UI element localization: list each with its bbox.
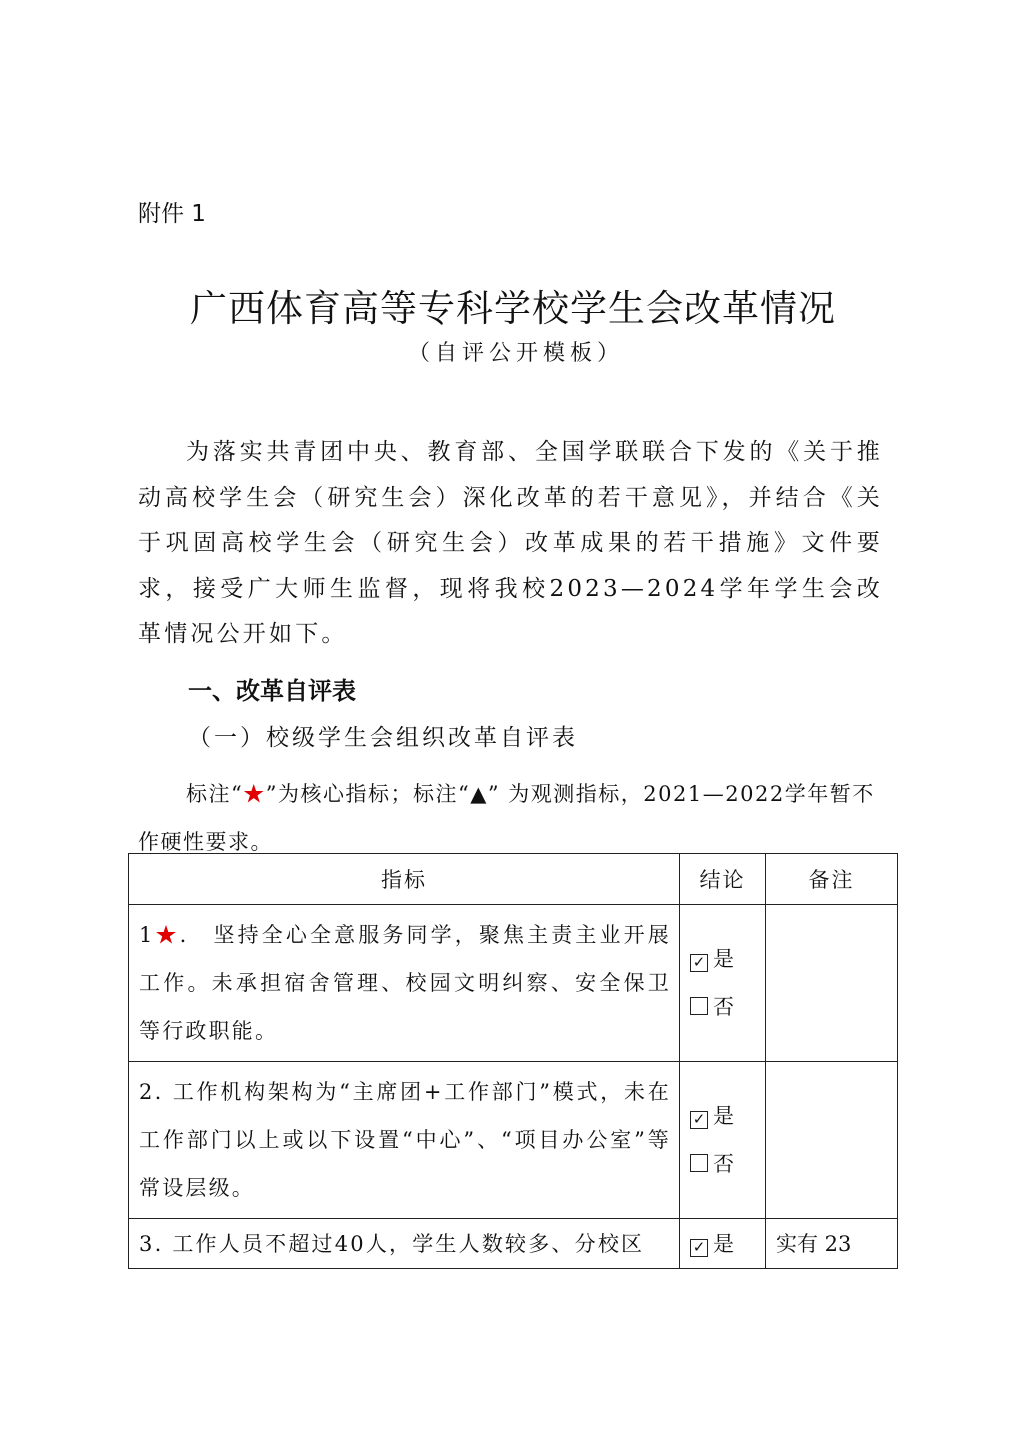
remark-cell bbox=[766, 1062, 898, 1219]
legend-note: 标注“★”为核心指标；标注“▲” 为观测指标，2021—2022学年暂不作硬性要… bbox=[138, 770, 883, 866]
yes-option[interactable]: ✓是 bbox=[690, 935, 764, 983]
attachment-label: 附件 1 bbox=[138, 195, 206, 228]
self-evaluation-table: 指标 结论 备注 1★. 坚持全心全意服务同学，聚焦主责主业开展工作。未承担宿舍… bbox=[128, 853, 898, 1269]
column-header-remark: 备注 bbox=[766, 854, 898, 905]
observe-triangle-icon: ▲ bbox=[470, 782, 488, 806]
column-header-indicator: 指标 bbox=[129, 854, 680, 905]
indicator-cell: 3. 工作人员不超过40人，学生人数较多、分校区 bbox=[129, 1219, 680, 1269]
checkbox-checked-icon[interactable]: ✓ bbox=[690, 954, 708, 972]
subsection-heading: （一）校级学生会组织改革自评表 bbox=[188, 719, 578, 752]
table-row: 3. 工作人员不超过40人，学生人数较多、分校区 ✓是 实有 23 bbox=[129, 1219, 898, 1269]
document-subtitle: （自评公开模板） bbox=[408, 336, 624, 367]
table-row: 2. 工作机构架构为“主席团+工作部门”模式，未在工作部门以上或以下设置“中心”… bbox=[129, 1062, 898, 1219]
core-star-icon: ★ bbox=[243, 782, 266, 806]
yes-option[interactable]: ✓是 bbox=[690, 1092, 764, 1140]
indicator-cell: 1★. 坚持全心全意服务同学，聚焦主责主业开展工作。未承担宿舍管理、校园文明纠察… bbox=[129, 905, 680, 1062]
checkbox-checked-icon[interactable]: ✓ bbox=[690, 1239, 708, 1257]
conclusion-cell: ✓是 bbox=[680, 1219, 766, 1269]
conclusion-cell: ✓是 否 bbox=[680, 905, 766, 1062]
table-row: 1★. 坚持全心全意服务同学，聚焦主责主业开展工作。未承担宿舍管理、校园文明纠察… bbox=[129, 905, 898, 1062]
checkbox-unchecked-icon[interactable] bbox=[690, 1154, 708, 1172]
no-option[interactable]: 否 bbox=[690, 983, 764, 1031]
yes-option[interactable]: ✓是 bbox=[690, 1220, 764, 1267]
no-option[interactable]: 否 bbox=[690, 1140, 764, 1188]
remark-cell: 实有 23 bbox=[766, 1219, 898, 1269]
checkbox-unchecked-icon[interactable] bbox=[690, 997, 708, 1015]
document-title: 广西体育高等专科学校学生会改革情况 bbox=[190, 278, 836, 332]
column-header-conclusion: 结论 bbox=[680, 854, 766, 905]
conclusion-cell: ✓是 否 bbox=[680, 1062, 766, 1219]
core-star-icon: ★ bbox=[155, 923, 180, 947]
legend-prefix: 标注“ bbox=[186, 782, 243, 806]
remark-cell bbox=[766, 905, 898, 1062]
indicator-cell: 2. 工作机构架构为“主席团+工作部门”模式，未在工作部门以上或以下设置“中心”… bbox=[129, 1062, 680, 1219]
table-header-row: 指标 结论 备注 bbox=[129, 854, 898, 905]
section-heading: 一、改革自评表 bbox=[188, 671, 356, 706]
intro-paragraph: 为落实共青团中央、教育部、全国学联联合下发的《关于推动高校学生会（研究生会）深化… bbox=[138, 430, 883, 658]
checkbox-checked-icon[interactable]: ✓ bbox=[690, 1111, 708, 1129]
legend-core-text: ”为核心指标；标注“ bbox=[266, 782, 470, 806]
